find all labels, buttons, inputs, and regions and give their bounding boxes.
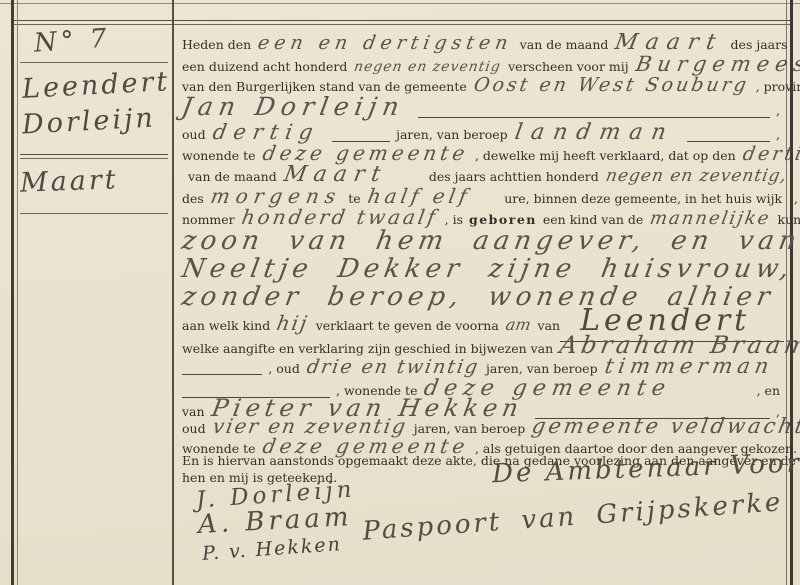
signature-official: Paspoort van Grijpskerke [361, 487, 784, 546]
margin-rule-1 [20, 62, 168, 63]
printed-text: des jaars [731, 37, 788, 52]
printed-text: des jaars achttien honderd [429, 169, 599, 184]
blank-rule [182, 372, 262, 375]
printed-text: des [182, 191, 204, 206]
printed-text: verscheen voor mij [508, 59, 629, 74]
printed-keyword-geboren: geboren [469, 212, 537, 227]
handwritten-mother-name: Neeltje Dekker zijne huisvrouw, [179, 254, 796, 285]
margin-rule-2 [20, 154, 168, 155]
printed-text: te [348, 191, 360, 206]
header-rule-lower [14, 24, 790, 25]
handwritten-declarant-name: Jan Dorleijn [179, 92, 407, 122]
printed-text: nommer [182, 212, 235, 227]
handwritten-parentage-line-1: zoon van hem aangever, en van [182, 226, 780, 257]
margin-rule-4 [20, 213, 168, 214]
form-line-declarant-name: Jan Dorleijn , [182, 92, 780, 122]
handwritten-parentage-line-2: Neeltje Dekker zijne huisvrouw, [182, 254, 780, 285]
printed-text: van de maand [520, 37, 609, 52]
printed-text: van de maand [188, 169, 277, 184]
printed-text: , [794, 191, 798, 206]
printed-text: wonende te [182, 148, 256, 163]
printed-text: , dewelke mij heeft verklaard, dat op de… [475, 148, 736, 163]
margin-month: Maart [19, 164, 119, 198]
printed-text: ure, binnen deze gemeente, in het huis w… [504, 191, 782, 206]
printed-text: jaren, van beroep [486, 361, 598, 376]
printed-text: een duizend acht honderd [182, 59, 347, 74]
blank-rule [418, 115, 770, 118]
header-rule-upper [14, 20, 790, 21]
left-border-inner-line [17, 0, 18, 585]
printed-text: , [776, 103, 780, 118]
left-border-line [11, 0, 14, 585]
margin-divider-line [172, 0, 174, 585]
printed-text: kunne, [778, 212, 800, 227]
margin-act-number: N° 7 [33, 23, 111, 58]
birth-certificate-page: N° 7 Leendert Dorleijn Maart Heden den e… [0, 0, 800, 585]
margin-rule-3 [20, 158, 168, 159]
margin-given-name: Leendert [21, 66, 171, 105]
printed-text: jaren, van beroep [396, 127, 508, 142]
printed-text: , [776, 127, 780, 142]
printed-text: Heden den [182, 37, 251, 52]
margin-surname: Dorleijn [21, 103, 156, 141]
printed-text: , oud [268, 361, 300, 376]
printed-text: oud [182, 127, 206, 142]
top-edge-line [0, 3, 800, 4]
printed-text: , is [445, 212, 463, 227]
handwritten-text: zoon van hem aangever, en van [179, 226, 800, 257]
printed-text: een kind van de [543, 212, 643, 227]
